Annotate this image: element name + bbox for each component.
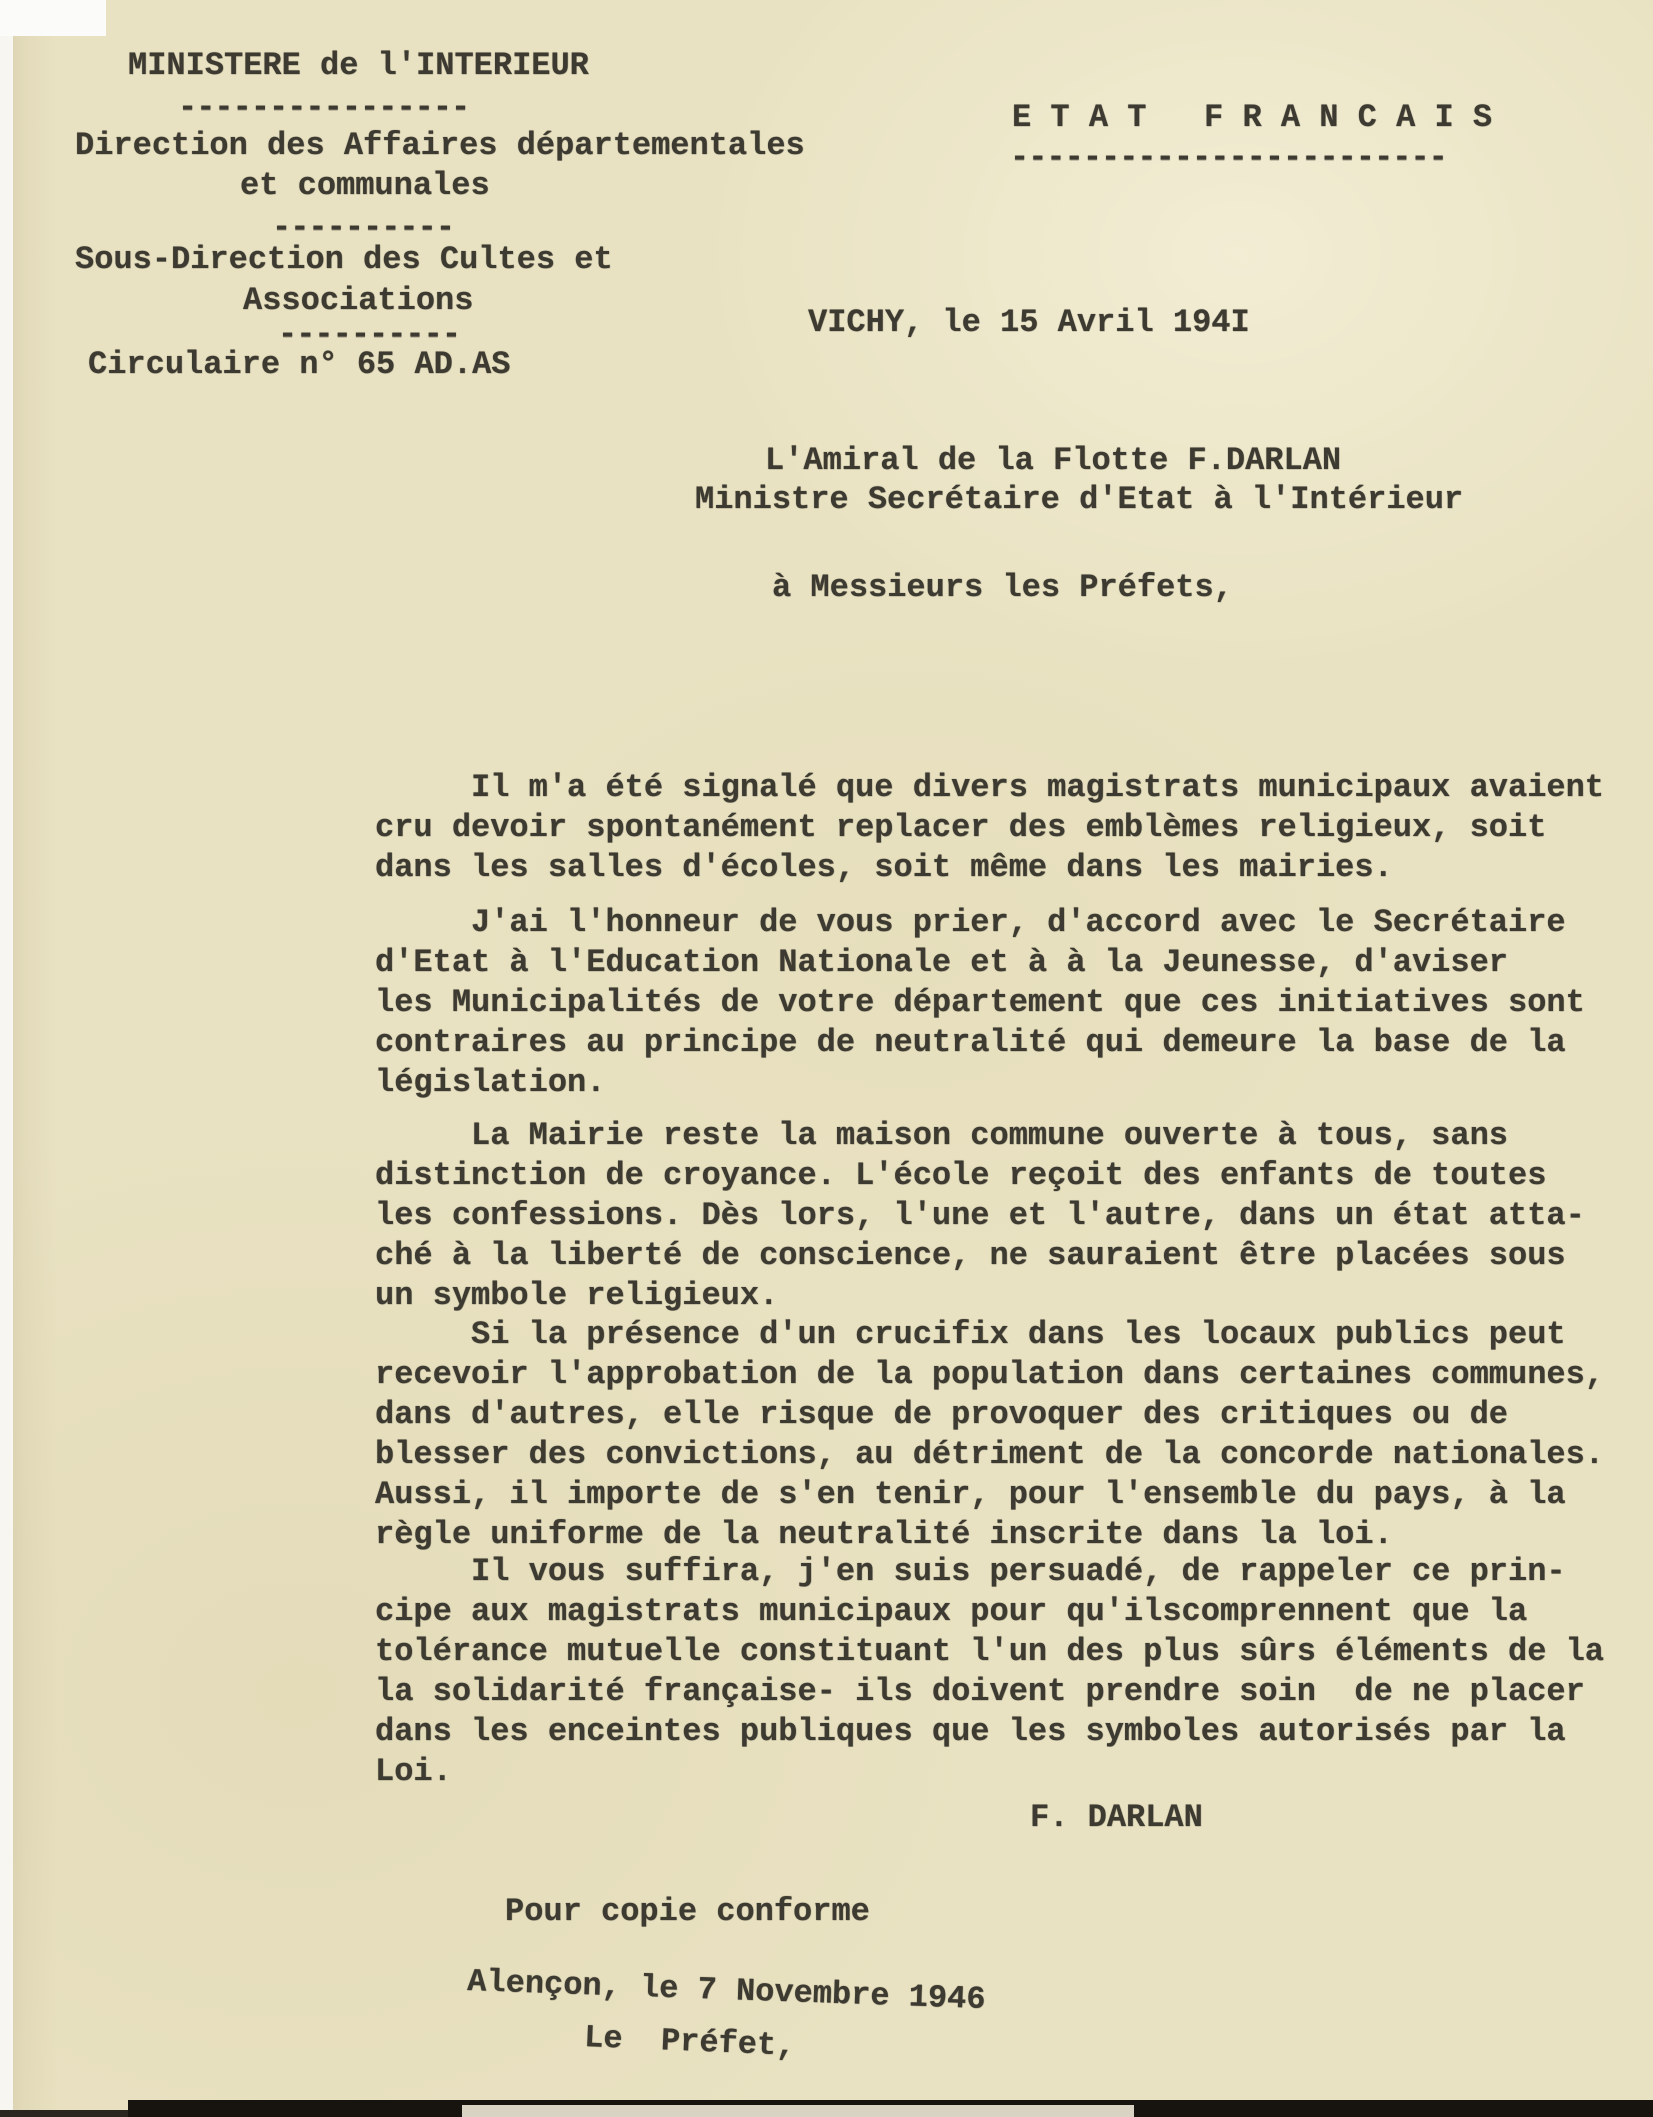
dateline: VICHY, le 15 Avril 194I [808,303,1250,343]
addressee-line2: Ministre Secrétaire d'Etat à l'Intérieur [695,480,1463,520]
addressee-line1: L'Amiral de la Flotte F.DARLAN [765,441,1341,481]
salutation: à Messieurs les Préfets, [772,568,1233,608]
state-title-rule: ------------------------ [1010,138,1447,178]
direction-line1: Direction des Affaires départementales [75,126,805,166]
circulaire-number: Circulaire n° 65 AD.AS [88,345,510,385]
certification-signatory-title: Le Préfet, [583,2018,796,2067]
body-paragraph-4: Si la présence d'un crucifix dans les lo… [375,1315,1604,1555]
ministry-rule: ---------------- [178,88,469,128]
body-paragraph-1: Il m'a été signalé que divers magistrats… [375,768,1604,888]
sous-direction-line1: Sous-Direction des Cultes et [75,240,613,280]
ministry-name: MINISTERE de l'INTERIEUR [128,46,589,86]
scan-notch-top-left [0,0,106,36]
body-paragraph-5: Il vous suffira, j'en suis persuadé, de … [375,1552,1604,1792]
document-page: MINISTERE de l'INTERIEUR ---------------… [0,0,1653,2117]
certification-place-date: Alençon, le 7 Novembre 1946 [467,1962,987,2020]
copy-certification: Pour copie conforme [505,1892,870,1932]
body-paragraph-3: La Mairie reste la maison commune ouvert… [375,1116,1585,1316]
direction-line2: et communales [240,166,490,206]
scan-edge-left [0,0,13,2117]
body-paragraph-2: J'ai l'honneur de vous prier, d'accord a… [375,903,1585,1103]
scan-edge-bottom-light [462,2105,1134,2117]
signature-name: F. DARLAN [1030,1798,1203,1838]
state-title: E T A T F R A N C A I S [1012,98,1492,138]
scan-edge-bottom-left [0,2110,128,2117]
